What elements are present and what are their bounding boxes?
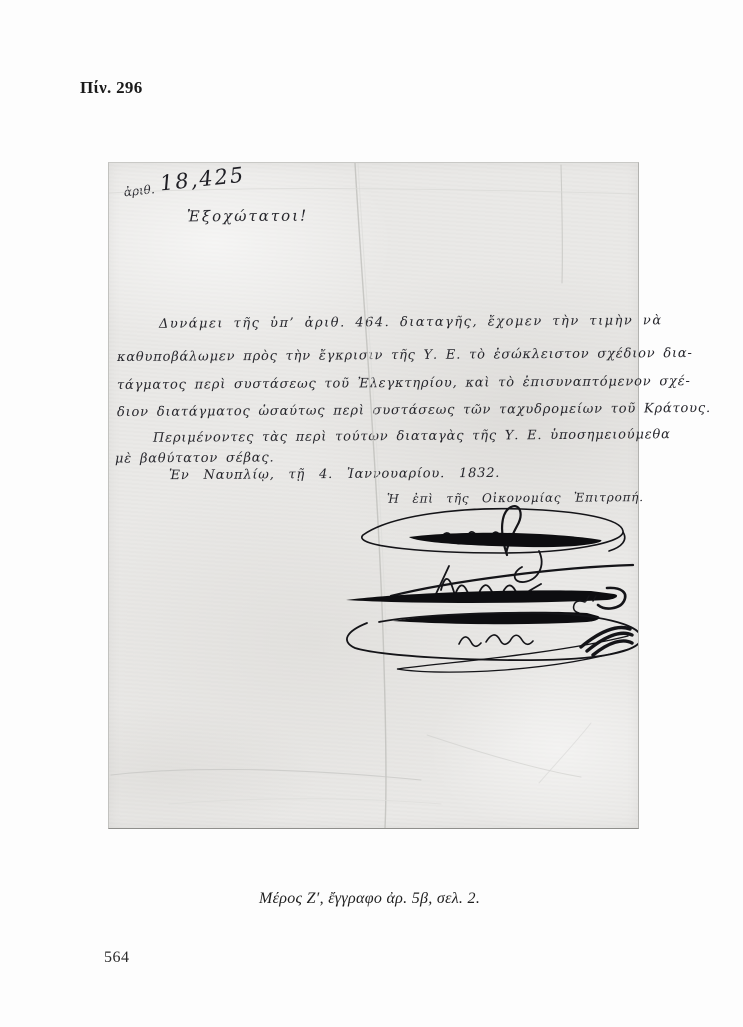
handwriting-line: διον διατάγματος ὡσαύτως περὶ συστάσεως … <box>117 401 711 420</box>
book-page: Πίν. 296 ἀριθ. 18,425 Ἐξοχώτατοι! Δυνάμε… <box>0 0 743 1027</box>
page-number: 564 <box>104 949 130 967</box>
salutation-line: Ἐξοχώτατοι! <box>187 207 308 226</box>
signature-3 <box>346 588 638 672</box>
date-line: Ἐν Ναυπλίῳ, τῇ 4. Ἰαννουαρίου. 1832. <box>169 466 500 483</box>
handwriting-line: καθυποβάλωμεν πρὸς τὴν ἔγκρισιν τῆς Υ. Ε… <box>117 346 693 365</box>
handwriting-line: Δυνάμει τῆς ὑπ’ ἀριθ. 464. διαταγῆς, ἔχο… <box>159 313 663 332</box>
plate-label: Πίν. 296 <box>80 78 143 98</box>
document-number-prefix: ἀριθ. <box>123 182 155 199</box>
handwriting-line: Περιμένοντες τὰς περὶ τούτων διαταγὰς τῆ… <box>153 427 671 446</box>
document-number: ἀριθ. 18,425 <box>122 163 246 200</box>
signature-1 <box>362 506 625 582</box>
signature-2 <box>391 565 633 597</box>
handwriting-line: τάγματος περὶ συστάσεως τοῦ Ἐλεγκτηρίου,… <box>117 374 691 393</box>
figure-caption: Μέρος Ζ′, ἔγγραφο ἀρ. 5β, σελ. 2. <box>259 890 480 908</box>
handwriting-line: μὲ βαθύτατον σέβας. <box>115 450 274 466</box>
committee-line: Ἡ ἐπὶ τῆς Οἰκονομίας Ἐπιτροπή. <box>387 490 644 506</box>
document-number-value: 18,425 <box>159 163 247 196</box>
manuscript-photo: ἀριθ. 18,425 Ἐξοχώτατοι! Δυνάμει τῆς ὑπ’… <box>108 162 639 829</box>
